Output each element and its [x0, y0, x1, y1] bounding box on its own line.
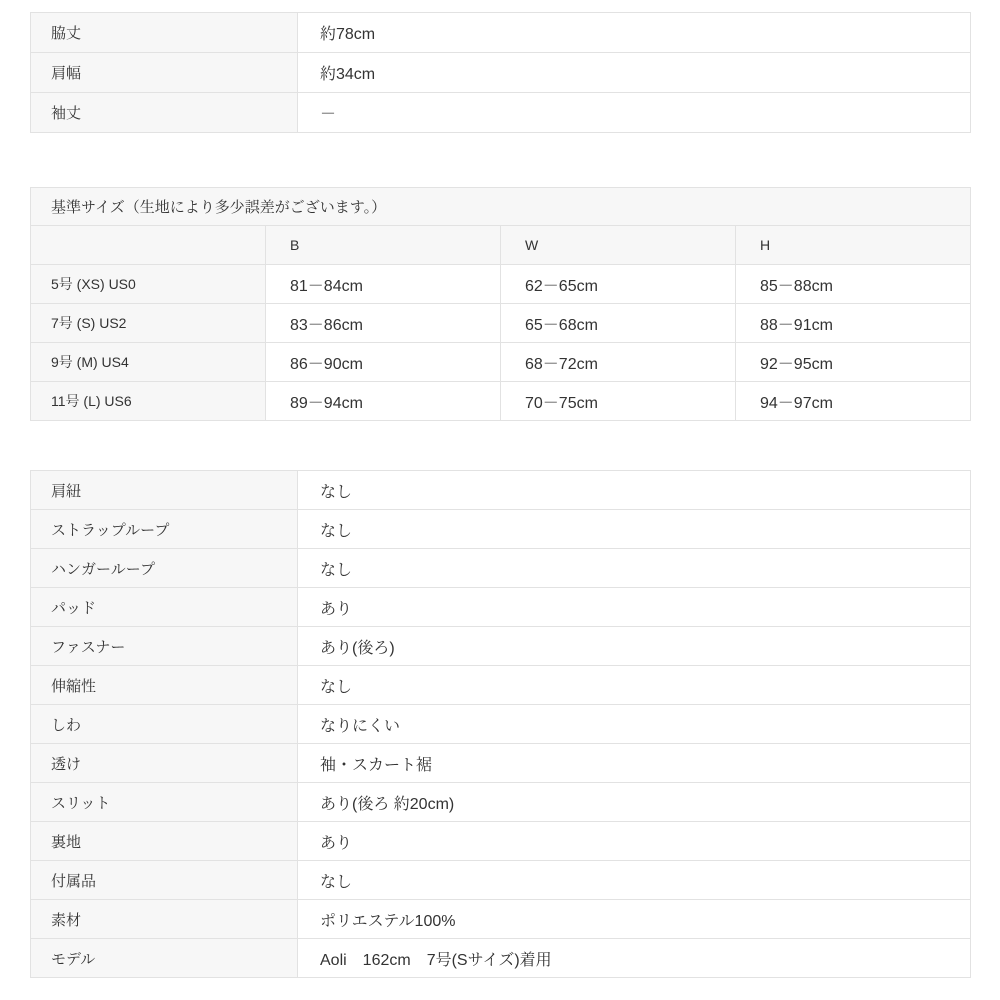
header-bust: B — [266, 226, 501, 265]
waist-value: 70－75cm — [501, 382, 736, 421]
bust-value: 81－84cm — [266, 265, 501, 304]
table-row: ハンガーループ なし — [31, 549, 971, 588]
table-row: 伸縮性 なし — [31, 666, 971, 705]
row-value: なし — [298, 861, 971, 900]
row-label: 素材 — [31, 900, 298, 939]
hip-value: 85－88cm — [736, 265, 971, 304]
bust-value: 83－86cm — [266, 304, 501, 343]
row-value: あり(後ろ 約20cm) — [298, 783, 971, 822]
table-row: 肩幅 約34cm — [31, 53, 971, 93]
waist-value: 62－65cm — [501, 265, 736, 304]
row-label: ファスナー — [31, 627, 298, 666]
row-value: 約34cm — [298, 53, 971, 93]
table-row: 裏地 あり — [31, 822, 971, 861]
size-label: 7号 (S) US2 — [31, 304, 266, 343]
row-value: Aoli 162cm 7号(Sサイズ)着用 — [298, 939, 971, 978]
size-label: 11号 (L) US6 — [31, 382, 266, 421]
row-label: ハンガーループ — [31, 549, 298, 588]
table-row: 脇丈 約78cm — [31, 13, 971, 53]
row-value: なし — [298, 471, 971, 510]
size-chart-title: 基準サイズ（生地により多少誤差がございます。） — [31, 188, 971, 226]
row-label: ストラップループ — [31, 510, 298, 549]
table-row: 9号 (M) US4 86－90cm 68－72cm 92－95cm — [31, 343, 971, 382]
row-label: 透け — [31, 744, 298, 783]
row-value: なし — [298, 549, 971, 588]
row-label: モデル — [31, 939, 298, 978]
hip-value: 92－95cm — [736, 343, 971, 382]
size-label: 5号 (XS) US0 — [31, 265, 266, 304]
row-label: 肩紐 — [31, 471, 298, 510]
table-row: しわ なりにくい — [31, 705, 971, 744]
table-row: パッド あり — [31, 588, 971, 627]
size-chart-table: 基準サイズ（生地により多少誤差がございます。） B W H 5号 (XS) US… — [30, 187, 971, 421]
row-label: 裏地 — [31, 822, 298, 861]
row-value: 約78cm — [298, 13, 971, 53]
row-value: あり — [298, 588, 971, 627]
row-label: 肩幅 — [31, 53, 298, 93]
table-row: 11号 (L) US6 89－94cm 70－75cm 94－97cm — [31, 382, 971, 421]
bust-value: 89－94cm — [266, 382, 501, 421]
row-label: パッド — [31, 588, 298, 627]
product-spec-page: 脇丈 約78cm 肩幅 約34cm 袖丈 － 基準サイズ（生地により多少誤差がご… — [0, 0, 1000, 1000]
waist-value: 65－68cm — [501, 304, 736, 343]
row-value: なりにくい — [298, 705, 971, 744]
size-label: 9号 (M) US4 — [31, 343, 266, 382]
row-label: 袖丈 — [31, 93, 298, 133]
table-row: 肩紐 なし — [31, 471, 971, 510]
row-value: なし — [298, 666, 971, 705]
row-label: 伸縮性 — [31, 666, 298, 705]
table-row: モデル Aoli 162cm 7号(Sサイズ)着用 — [31, 939, 971, 978]
bust-value: 86－90cm — [266, 343, 501, 382]
spec-table: 肩紐 なし ストラップループ なし ハンガーループ なし パッド あり ファスナ… — [30, 470, 971, 978]
row-value: 袖・スカート裾 — [298, 744, 971, 783]
table-row: 5号 (XS) US0 81－84cm 62－65cm 85－88cm — [31, 265, 971, 304]
table-row: スリット あり(後ろ 約20cm) — [31, 783, 971, 822]
row-value: あり — [298, 822, 971, 861]
table-row: ファスナー あり(後ろ) — [31, 627, 971, 666]
hip-value: 94－97cm — [736, 382, 971, 421]
measurements-table: 脇丈 約78cm 肩幅 約34cm 袖丈 － — [30, 12, 971, 133]
row-value: ポリエステル100% — [298, 900, 971, 939]
row-label: 脇丈 — [31, 13, 298, 53]
table-row: 7号 (S) US2 83－86cm 65－68cm 88－91cm — [31, 304, 971, 343]
hip-value: 88－91cm — [736, 304, 971, 343]
header-empty-cell — [31, 226, 266, 265]
table-header-row: B W H — [31, 226, 971, 265]
table-row: 透け 袖・スカート裾 — [31, 744, 971, 783]
row-label: しわ — [31, 705, 298, 744]
table-row: 素材 ポリエステル100% — [31, 900, 971, 939]
row-value: なし — [298, 510, 971, 549]
table-title-row: 基準サイズ（生地により多少誤差がございます。） — [31, 188, 971, 226]
table-row: 付属品 なし — [31, 861, 971, 900]
row-label: 付属品 — [31, 861, 298, 900]
row-label: スリット — [31, 783, 298, 822]
row-value: あり(後ろ) — [298, 627, 971, 666]
table-row: ストラップループ なし — [31, 510, 971, 549]
row-value: － — [298, 93, 971, 133]
waist-value: 68－72cm — [501, 343, 736, 382]
table-row: 袖丈 － — [31, 93, 971, 133]
header-hip: H — [736, 226, 971, 265]
header-waist: W — [501, 226, 736, 265]
